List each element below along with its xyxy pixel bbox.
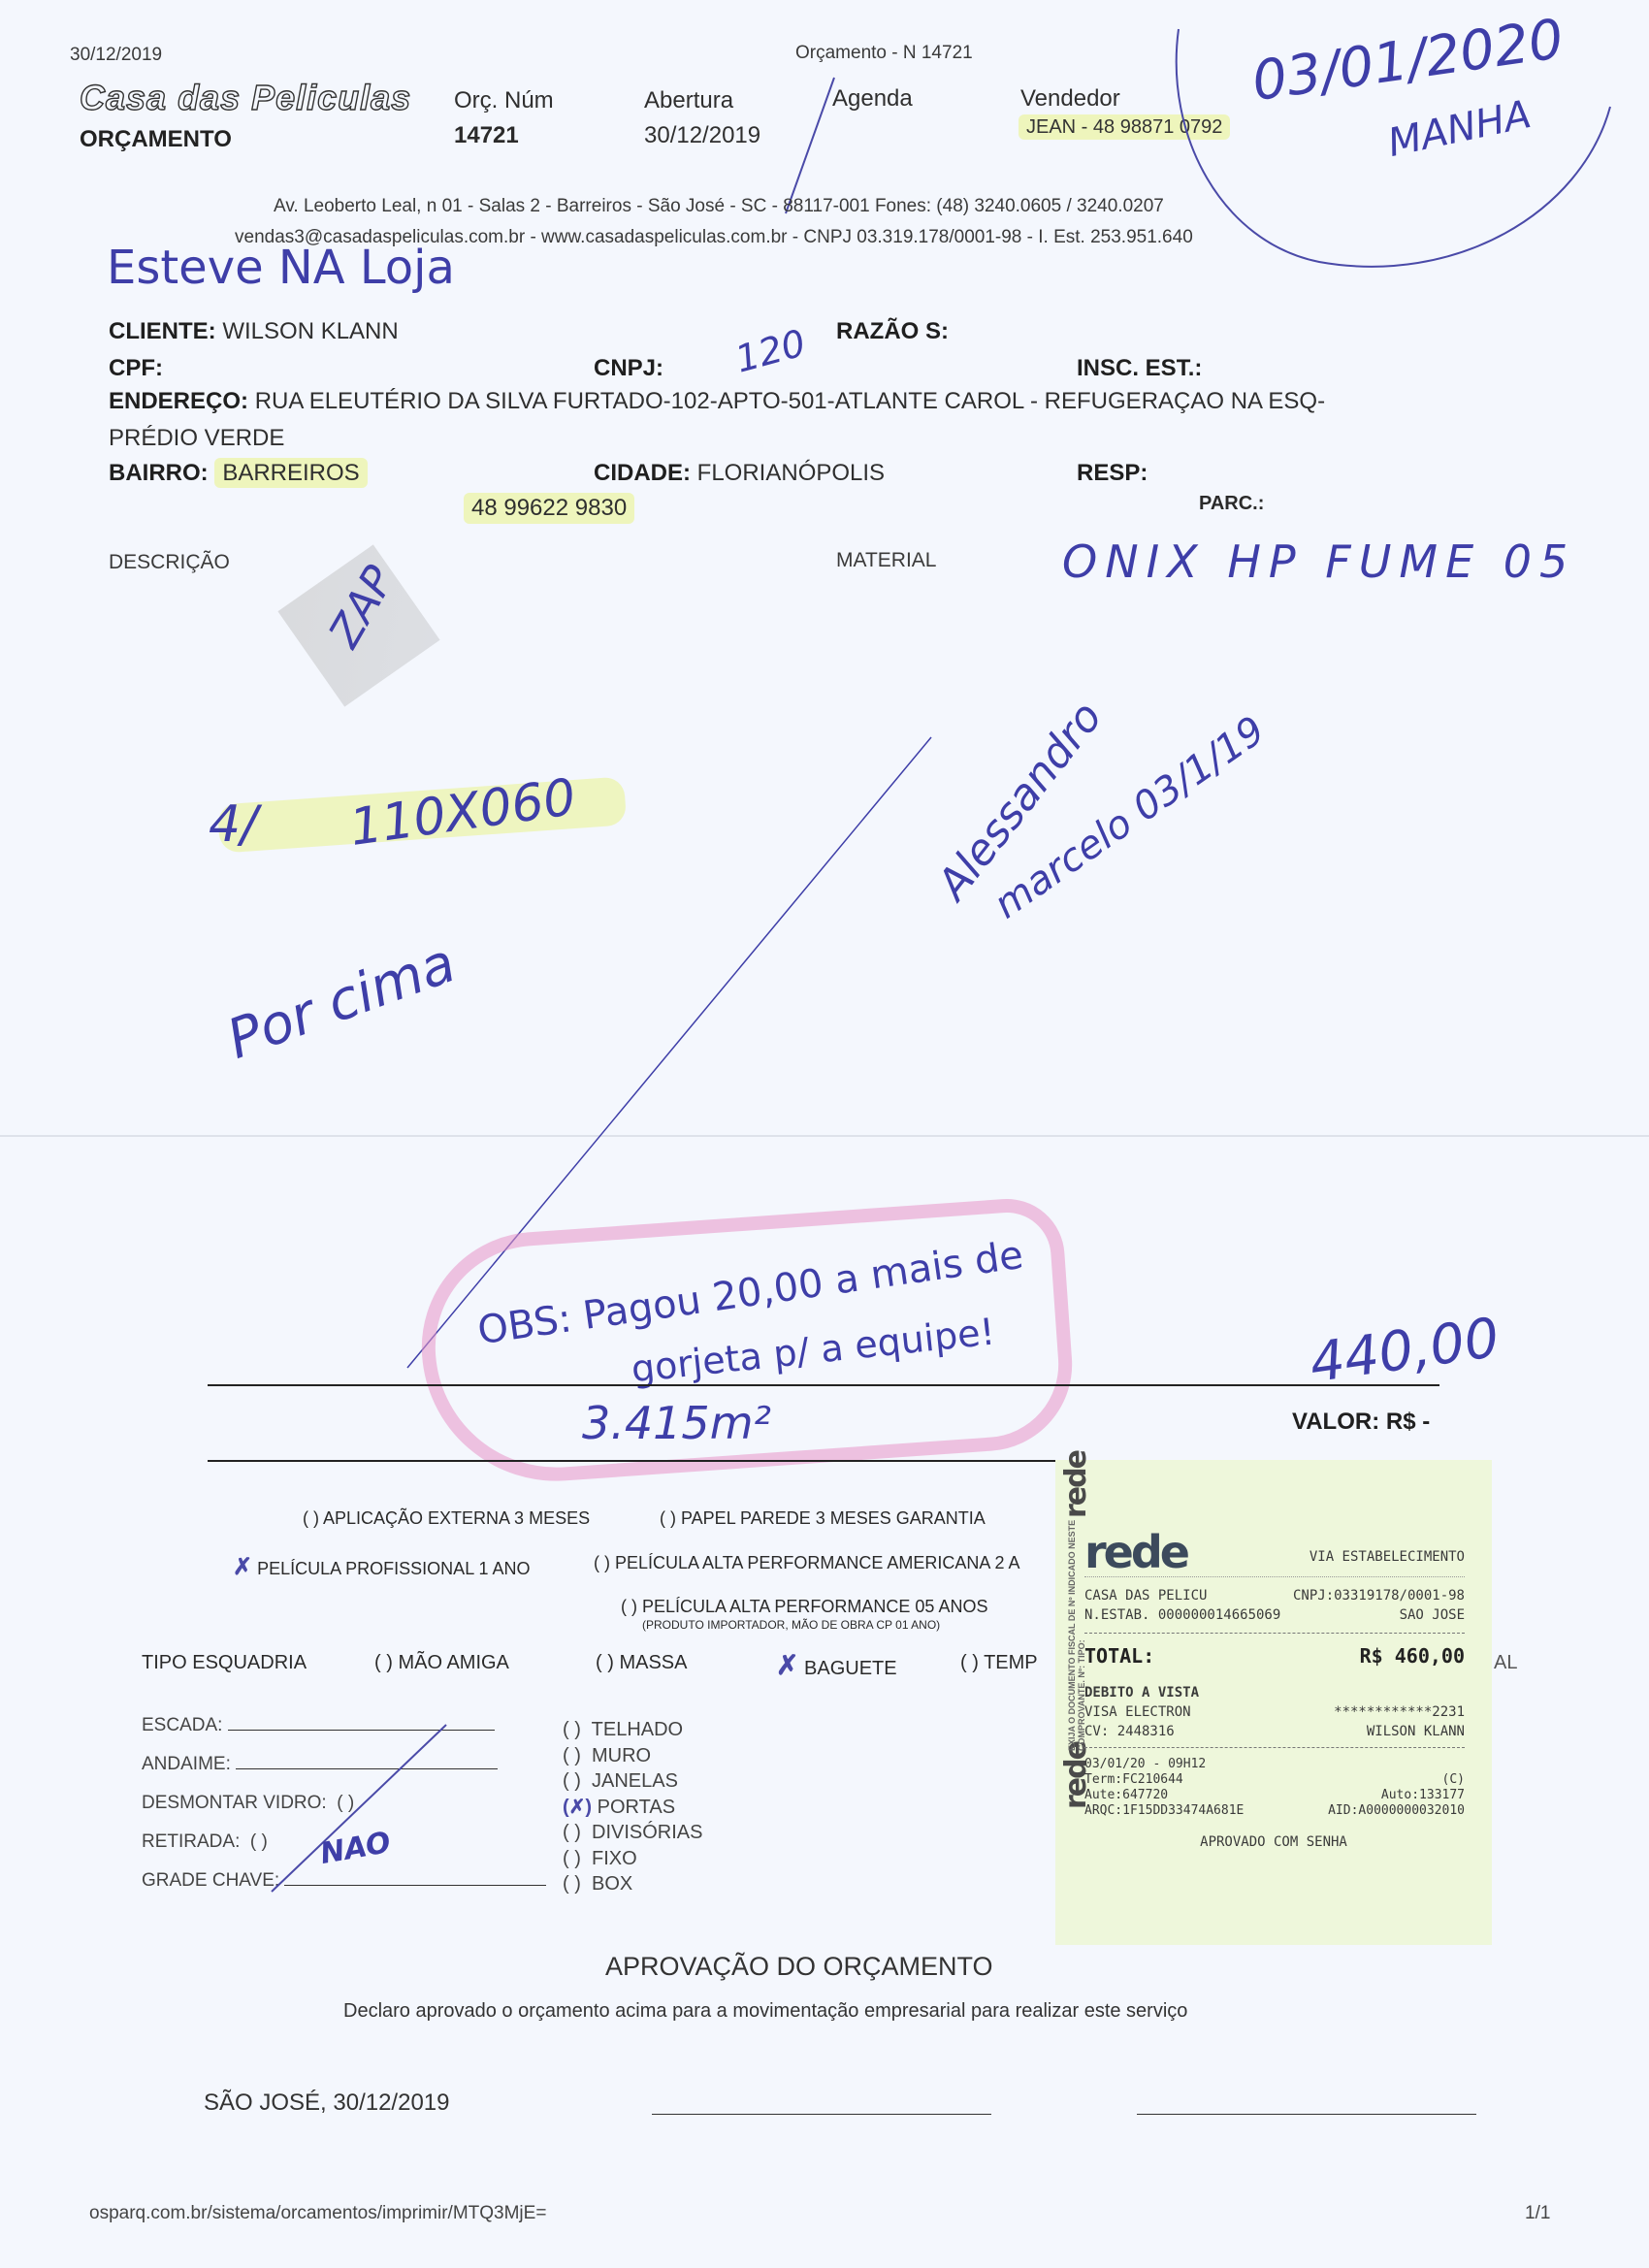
cidade-label: CIDADE: [594,460,691,486]
doc-type: ORÇAMENTO [80,126,232,153]
bairro-value: BARREIROS [214,458,367,488]
rule-bottom [208,1460,1061,1462]
receipt-cv-row: CV: 2448316 WILSON KLANN [1084,1724,1465,1739]
warranty-note: (PRODUTO IMPORTADOR, MÃO DE OBRA CP 01 A… [642,1618,940,1632]
option-aplicacao-externa[interactable]: ( ) APLICAÇÃO EXTERNA 3 MESES [303,1508,590,1529]
field-label: ESCADA: [142,1715,222,1735]
option-label: DIVISÓRIAS [592,1822,702,1843]
receipt-cardholder: WILSON KLANN [1367,1724,1465,1739]
receipt-aid: AID:A0000000032010 [1328,1803,1465,1818]
cliente-field: CLIENTE: WILSON KLANN [109,318,399,345]
receipt-status: APROVADO COM SENHA [1055,1834,1492,1850]
receipt-cv: CV: 2448316 [1084,1724,1175,1739]
esquadria-trailing: AL [1494,1652,1517,1674]
option-label: PELÍCULA PROFISSIONAL 1 ANO [257,1559,530,1578]
receipt-payment-row: DEBITO A VISTA [1084,1685,1465,1701]
receipt-estab: N.ESTAB. 000000014665069 [1084,1607,1280,1623]
receipt-divider [1084,1747,1465,1748]
check-x-icon: ✗ [776,1650,798,1680]
option-label: PELÍCULA ALTA PERFORMANCE 05 ANOS [642,1597,987,1616]
handwritten-material: ONIX HP FUME 05 [1062,535,1575,588]
option-papel-parede[interactable]: ( ) PAPEL PAREDE 3 MESES GARANTIA [660,1508,986,1529]
material-label: MATERIAL [836,549,936,572]
option-label: MASSA [619,1652,687,1673]
company-address: Av. Leoberto Leal, n 01 - Salas 2 - Barr… [274,196,1164,217]
footer-page: 1/1 [1525,2203,1550,2224]
option-label: FIXO [592,1848,637,1869]
receipt-merchant-row: CASA DAS PELICU CNPJ:03319178/0001-98 [1084,1588,1465,1604]
option-label: TEMP [984,1652,1038,1673]
razao-label: RAZÃO S: [836,318,949,345]
receipt-c-flag: (C) [1442,1772,1465,1787]
approval-declaration: Declaro aprovado o orçamento acima para … [343,2000,1187,2023]
parc-label: PARC.: [1199,493,1264,515]
receipt-divider [1084,1576,1465,1577]
option-pelicula-americana[interactable]: ( ) PELÍCULA ALTA PERFORMANCE AMERICANA … [594,1553,1019,1573]
check-x-icon: (✗) [563,1797,592,1818]
receipt-via: VIA ESTABELECIMENTO [1309,1549,1465,1565]
handwritten-cnpj-note: 120 [731,321,810,380]
esquadria-baguete[interactable]: ✗ BAGUETE [776,1649,897,1681]
field-retirada[interactable]: RETIRADA: ( ) [142,1831,268,1853]
receipt-auth-row: Aute:647720 Auto:133177 [1084,1788,1465,1802]
cnpj-label: CNPJ: [594,355,663,382]
check-x-icon: ✗ [233,1554,252,1580]
cliente-value: WILSON KLANN [222,318,398,344]
handwritten-store-note: Esteve NA Loja [107,241,455,295]
orc-num-value: 14721 [454,122,519,149]
option-label: PELÍCULA ALTA PERFORMANCE AMERICANA 2 A [615,1553,1019,1572]
handwritten-area: 3.415m² [582,1397,771,1449]
receipt-card-row: VISA ELECTRON ************2231 [1084,1704,1465,1720]
option-label: MÃO AMIGA [398,1652,508,1673]
option-label: PORTAS [598,1797,675,1818]
receipt-arqc: ARQC:1F15DD33474A681E [1084,1803,1244,1818]
receipt-estab-row: N.ESTAB. 000000014665069 SAO JOSE [1084,1607,1465,1623]
receipt-side-text: EXIJA O DOCUMENTO FISCAL DE Nº INDICADO … [1067,1499,1086,1751]
tipo-esquadria-label: TIPO ESQUADRIA [142,1652,307,1674]
location-telhado[interactable]: ( ) TELHADO [563,1717,702,1743]
print-date: 30/12/2019 [70,45,162,66]
receipt-total-label: TOTAL: [1084,1644,1154,1668]
option-label: PAPEL PAREDE 3 MESES GARANTIA [681,1508,986,1528]
receipt-cnpj: CNPJ:03319178/0001-98 [1293,1588,1465,1604]
locations-list: ( ) TELHADO ( ) MURO ( ) JANELAS (✗) POR… [563,1717,702,1897]
option-label: MURO [592,1745,651,1766]
strike-through-stroke [252,1717,466,1901]
field-label: RETIRADA: [142,1831,240,1852]
option-pelicula-profissional[interactable]: ✗ PELÍCULA PROFISSIONAL 1 ANO [233,1553,531,1581]
receipt-merchant: CASA DAS PELICU [1084,1588,1207,1604]
esquadria-mao-amiga[interactable]: ( ) MÃO AMIGA [374,1652,509,1674]
cliente-label: CLIENTE: [109,318,216,344]
option-label: JANELAS [592,1770,678,1792]
card-receipt: rede rede EXIJA O DOCUMENTO FISCAL DE Nº… [1055,1460,1492,1945]
resp-label: RESP: [1077,460,1148,487]
cpf-label: CPF: [109,355,163,382]
client-phone: 48 99622 9830 [464,493,634,524]
receipt-card-brand: VISA ELECTRON [1084,1704,1191,1720]
receipt-payment-type: DEBITO A VISTA [1084,1685,1199,1701]
receipt-arqc-row: ARQC:1F15DD33474A681E AID:A0000000032010 [1084,1803,1465,1818]
endereco-value: RUA ELEUTÉRIO DA SILVA FURTADO-102-APTO-… [255,388,1325,414]
company-logo: Casa das Peliculas [80,78,411,118]
footer-url[interactable]: osparq.com.br/sistema/orcamentos/imprimi… [89,2203,546,2224]
handwritten-value: 440,00 [1306,1307,1503,1396]
receipt-datetime-row: 03/01/20 - 09H12 [1084,1757,1465,1771]
receipt-auto: Auto:133177 [1381,1788,1465,1802]
location-box[interactable]: ( ) BOX [563,1871,702,1897]
esquadria-temp[interactable]: ( ) TEMP [960,1652,1038,1674]
location-divisorias[interactable]: ( ) DIVISÓRIAS [563,1820,702,1846]
receipt-card-number: ************2231 [1334,1704,1465,1720]
endereco-value-2: PRÉDIO VERDE [109,425,284,452]
receipt-term-row: Term:FC210644 (C) [1084,1772,1465,1787]
bairro-label: BAIRRO: [109,460,209,486]
receipt-aute: Aute:647720 [1084,1788,1168,1802]
esquadria-massa[interactable]: ( ) MASSA [596,1652,687,1674]
field-label: ANDAIME: [142,1754,231,1774]
option-label: TELHADO [592,1719,683,1740]
insc-est-label: INSC. EST.: [1077,355,1202,382]
receipt-total-value: R$ 460,00 [1360,1644,1465,1668]
receipt-total-row: TOTAL: R$ 460,00 [1084,1644,1465,1668]
rede-logo: rede [1084,1526,1187,1578]
valor-label: VALOR: R$ - [1292,1409,1430,1436]
receipt-city: SAO JOSE [1400,1607,1465,1623]
orc-num-label: Orç. Núm [454,87,554,114]
option-pelicula-05-anos[interactable]: ( ) PELÍCULA ALTA PERFORMANCE 05 ANOS [621,1597,987,1617]
receipt-term: Term:FC210644 [1084,1772,1183,1787]
option-label: APLICAÇÃO EXTERNA 3 MESES [323,1508,590,1528]
abertura-label: Abertura [644,87,733,114]
endereco-label: ENDEREÇO: [109,388,248,414]
location-portas[interactable]: (✗) PORTAS [563,1795,702,1821]
option-label: BAGUETE [804,1658,897,1679]
approval-place-date: SÃO JOSÉ, 30/12/2019 [204,2090,450,2117]
endereco-field: ENDEREÇO: RUA ELEUTÉRIO DA SILVA FURTADO… [109,388,1325,415]
receipt-datetime: 03/01/20 - 09H12 [1084,1757,1206,1771]
location-fixo[interactable]: ( ) FIXO [563,1846,702,1872]
location-janelas[interactable]: ( ) JANELAS [563,1768,702,1795]
rule-top [208,1384,1439,1386]
handwritten-quantity: 4/ [209,795,258,854]
location-muro[interactable]: ( ) MURO [563,1743,702,1769]
signature-line-2[interactable] [1137,2114,1476,2115]
approval-title: APROVAÇÃO DO ORÇAMENTO [605,1952,993,1982]
bairro-field: BAIRRO: BARREIROS [109,460,368,487]
cidade-value: FLORIANÓPOLIS [697,460,885,486]
option-label: BOX [592,1873,632,1895]
signature-line-1[interactable] [652,2114,991,2115]
receipt-divider [1084,1633,1465,1634]
abertura-value: 30/12/2019 [644,122,760,149]
descricao-label: DESCRIÇÃO [109,551,230,574]
cidade-field: CIDADE: FLORIANÓPOLIS [594,460,885,487]
